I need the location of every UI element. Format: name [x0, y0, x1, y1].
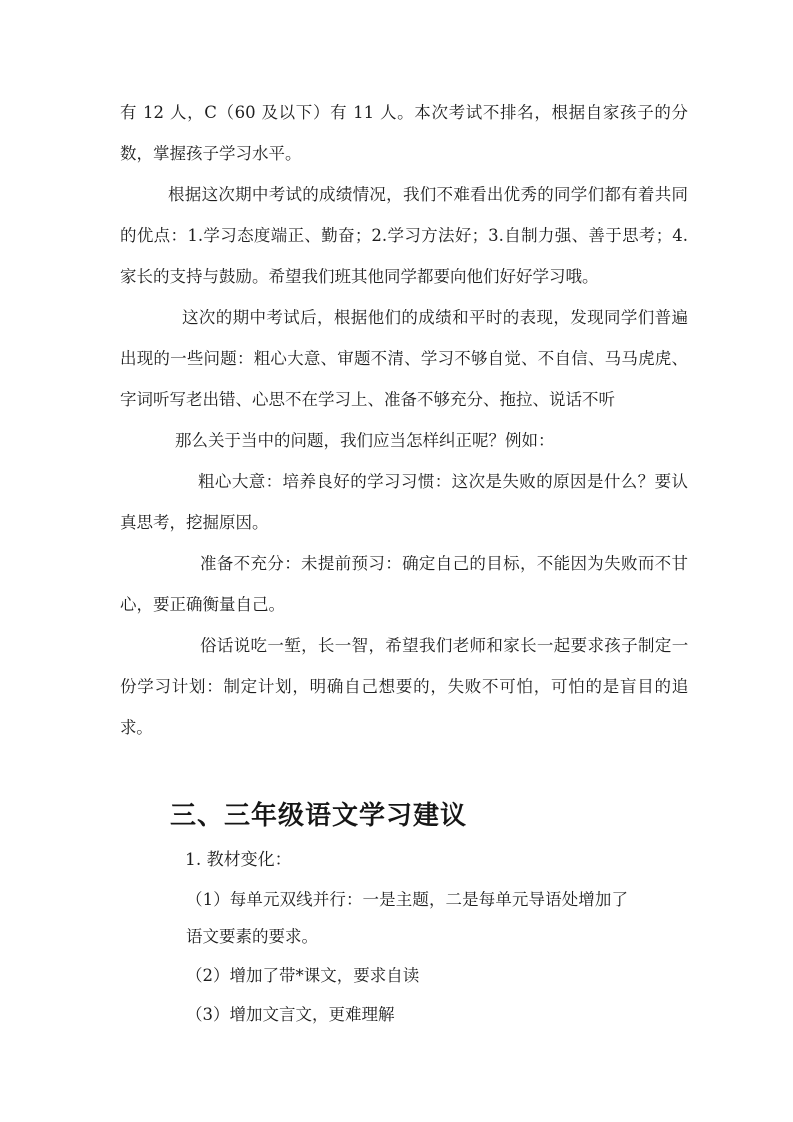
list-item-classical-chinese: （3）增加文言文，更难理解: [186, 996, 628, 1033]
document-page: 有 12 人，C（60 及以下）有 11 人。本次考试不排名，根据自家孩子的分数…: [0, 0, 793, 1122]
paragraph-exam-grade-distribution: 有 12 人，C（60 及以下）有 11 人。本次考试不排名，根据自家孩子的分数…: [120, 92, 688, 174]
list-title-textbook-changes: 1. 教材变化：: [185, 842, 688, 879]
section-heading-grade3-chinese-suggestions: 三、三年级语文学习建议: [170, 795, 688, 837]
paragraph-top-students-strengths: 根据这次期中考试的成绩情况，我们不难看出优秀的同学们都有着共同的优点：1.学习态…: [120, 174, 688, 297]
paragraph-preparation-advice: 准备不充分：未提前预习：确定自己的目标，不能因为失败而不甘心，要正确衡量自己。: [120, 543, 688, 625]
paragraph-study-plan-advice: 俗话说吃一堑，长一智，希望我们老师和家长一起要求孩子制定一份学习计划：制定计划，…: [120, 625, 688, 748]
paragraph-how-to-correct: 那么关于当中的问题，我们应当怎样纠正呢？例如：: [120, 420, 688, 461]
list-item-dual-line-units: （1）每单元双线并行：一是主题，二是每单元导语处增加了语文要素的要求。: [186, 881, 628, 955]
paragraph-carelessness-advice: 粗心大意：培养良好的学习习惯：这次是失败的原因是什么？要认真思考，挖掘原因。: [120, 461, 688, 543]
paragraph-common-problems: 这次的期中考试后，根据他们的成绩和平时的表现，发现同学们普遍出现的一些问题：粗心…: [120, 297, 688, 420]
list-item-starred-texts: （2）增加了带*课文，要求自读: [186, 957, 628, 994]
page-content: 有 12 人，C（60 及以下）有 11 人。本次考试不排名，根据自家孩子的分数…: [0, 0, 793, 1033]
